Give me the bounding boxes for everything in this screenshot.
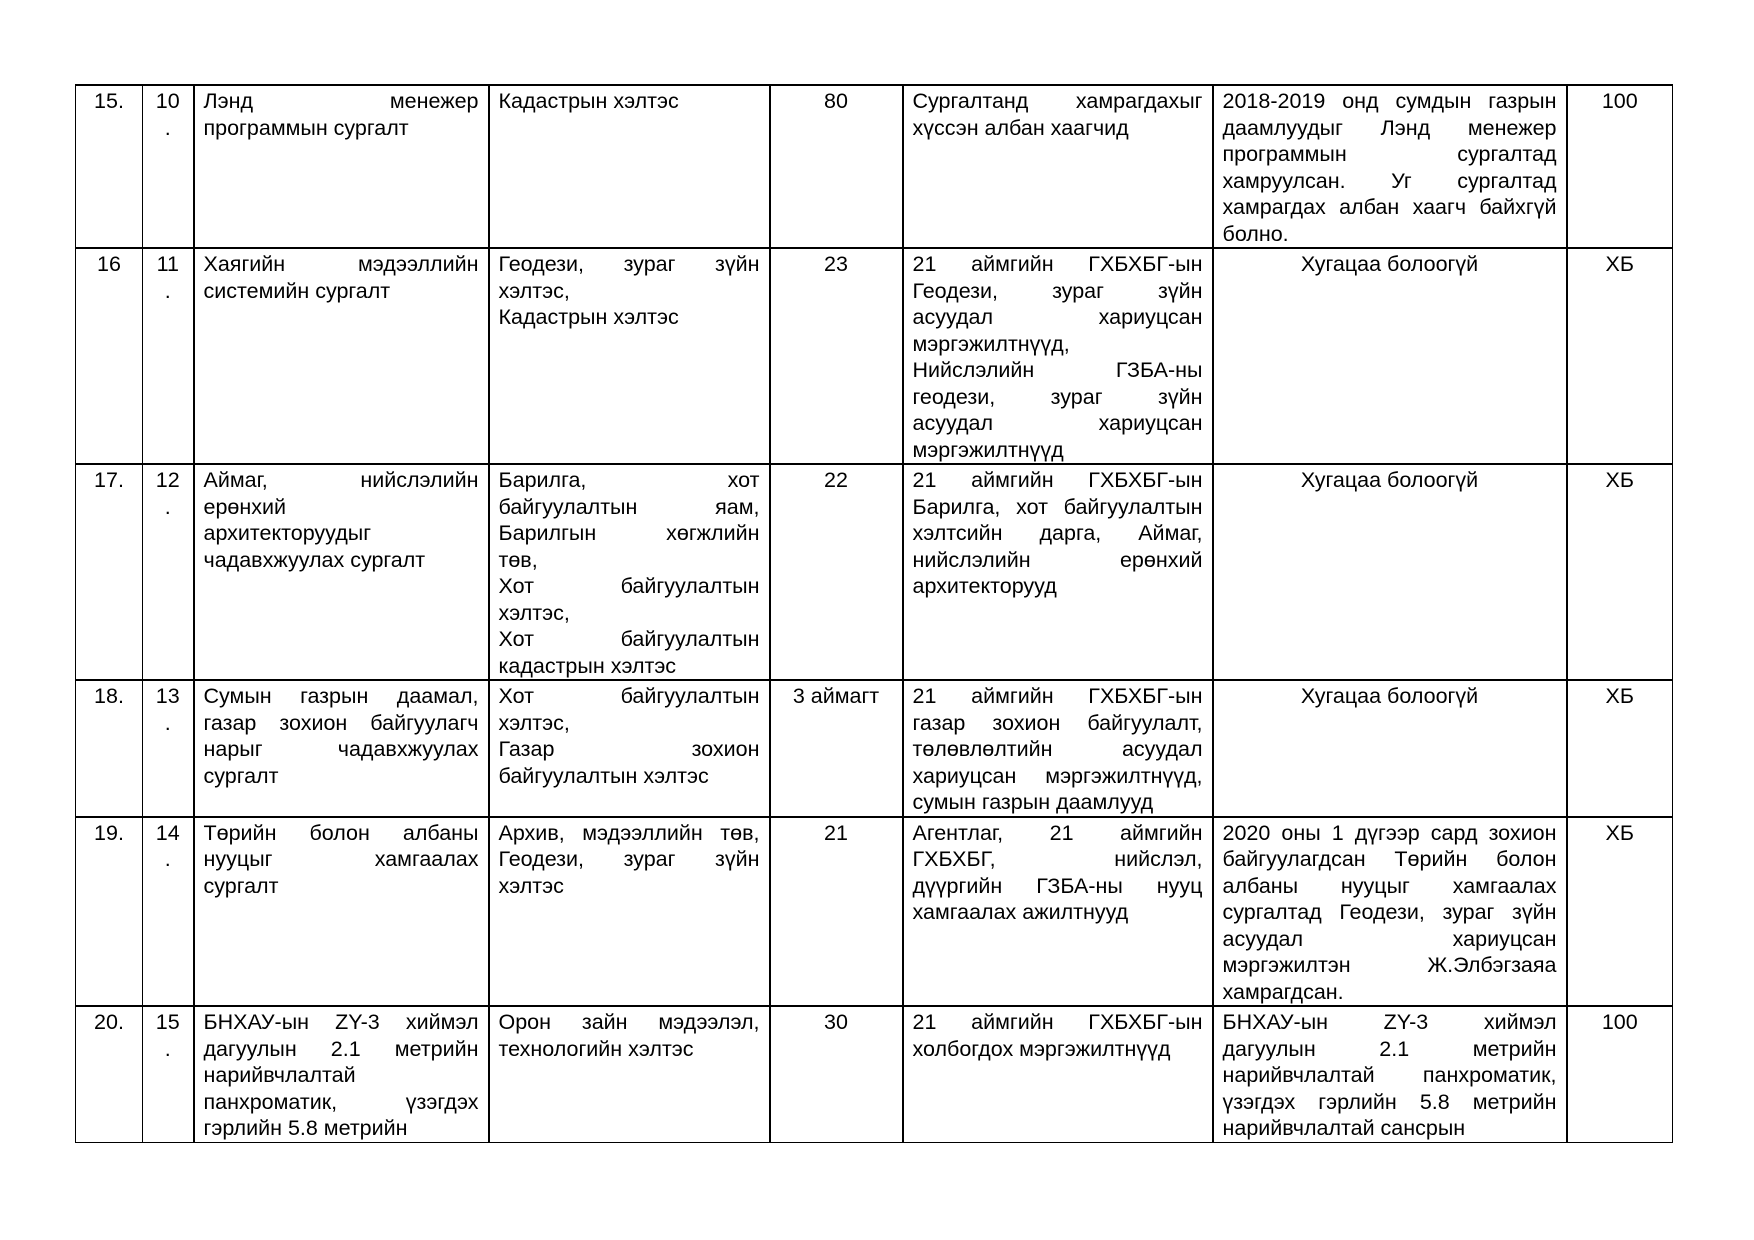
result-cell: Хугацаа болоогүй: [1213, 464, 1567, 680]
text-line: сургалт: [204, 873, 479, 900]
text-line: Хот байгуулалтын: [499, 683, 760, 710]
text-line: гэрлийн 5.8 метрийн: [204, 1115, 479, 1142]
target-audience-cell: Агентлаг, 21 аймгийнГХБХБГ, нийслэл,дүүр…: [903, 817, 1213, 1007]
sub-number-cell: 12.: [143, 464, 194, 680]
text-line: сургалтад Геодези, зураг зүйн: [1223, 899, 1557, 926]
text-line: хэлтэс: [499, 873, 760, 900]
text-line: 21 аймгийн ГХБХБГ-ын: [913, 683, 1203, 710]
text-line: Аймаг, нийслэлийн: [204, 467, 479, 494]
department-cell: Орон зайн мэдээлэл,технологийн хэлтэс: [489, 1006, 770, 1142]
department-cell: Хот байгуулалтынхэлтэс,Газар зохионбайгу…: [489, 680, 770, 817]
document-page: 15.10.Лэнд менежерпрограммын сургалтКада…: [0, 0, 1754, 1240]
sub-number: 14: [152, 820, 184, 847]
table-row: 1611.Хаягийн мэдээллийнсистемийн сургалт…: [76, 248, 1673, 464]
text-line: болно.: [1223, 221, 1557, 248]
text-line: 2018-2019 онд сумдын газрын: [1223, 88, 1557, 115]
text-line: Геодези, зураг зүйн: [499, 251, 760, 278]
text-line: Архив, мэдээллийн төв,: [499, 820, 760, 847]
text-line: асуудал хариуцсан: [1223, 926, 1557, 953]
text-line: нууцыг хамгаалах: [204, 846, 479, 873]
result-cell: 2018-2019 онд сумдын газрындаамлуудыг Лэ…: [1213, 85, 1567, 248]
text-line: хэлтсийн дарга, Аймаг,: [913, 520, 1203, 547]
text-line: байгуулалтын яам,: [499, 494, 760, 521]
text-line: үзэгдэх гэрлийн 5.8 метрийн: [1223, 1089, 1557, 1116]
text-line: Орон зайн мэдээлэл,: [499, 1009, 760, 1036]
text-line: мэргэжилтнүүд,: [913, 331, 1203, 358]
result-cell: Хугацаа болоогүй: [1213, 680, 1567, 817]
text-line: байгуулагдсан Төрийн болон: [1223, 846, 1557, 873]
target-audience-cell: 21 аймгийн ГХБХБГ-ынГеодези, зураг зүйна…: [903, 248, 1213, 464]
text-line: программын сургалтад: [1223, 141, 1557, 168]
text-line: Газар зохион: [499, 736, 760, 763]
row-number-cell: 17.: [76, 464, 143, 680]
training-report-table: 15.10.Лэнд менежерпрограммын сургалтКада…: [75, 84, 1673, 1143]
text-line: сургалт: [204, 763, 479, 790]
text-line: Сургалтанд хамрагдахыг: [913, 88, 1203, 115]
text-line: Барилга, хот: [499, 467, 760, 494]
text-line: хамгаалах ажилтнууд: [913, 899, 1203, 926]
training-name-cell: БНХАУ-ын ZY-3 хиймэлдагуулын 2.1 метрийн…: [194, 1006, 489, 1142]
row-number-cell: 20.: [76, 1006, 143, 1142]
target-audience-cell: 21 аймгийн ГХБХБГ-ынхолбогдох мэргэжилтн…: [903, 1006, 1213, 1142]
text-line: Барилга, хот байгуулалтын: [913, 494, 1203, 521]
completion-percent-cell: ХБ: [1567, 680, 1673, 817]
department-cell: Геодези, зураг зүйнхэлтэс,Кадастрын хэлт…: [489, 248, 770, 464]
text-line: Нийслэлийн ГЗБА-ны: [913, 357, 1203, 384]
text-line: системийн сургалт: [204, 278, 479, 305]
text-line: геодези, зураг зүйн: [913, 384, 1203, 411]
text-line: дүүргийн ГЗБА-ны нууц: [913, 873, 1203, 900]
sub-number-dot: .: [152, 115, 184, 142]
table-row: 20.15.БНХАУ-ын ZY-3 хиймэлдагуулын 2.1 м…: [76, 1006, 1673, 1142]
result-cell: 2020 оны 1 дүгээр сард зохионбайгуулагдс…: [1213, 817, 1567, 1007]
department-cell: Кадастрын хэлтэс: [489, 85, 770, 248]
completion-percent-cell: ХБ: [1567, 464, 1673, 680]
training-name-cell: Лэнд менежерпрограммын сургалт: [194, 85, 489, 248]
sub-number-dot: .: [152, 710, 184, 737]
sub-number: 15: [152, 1009, 184, 1036]
target-audience-cell: 21 аймгийн ГХБХБГ-ынгазар зохион байгуул…: [903, 680, 1213, 817]
text-line: холбогдох мэргэжилтнүүд: [913, 1036, 1203, 1063]
text-line: Кадастрын хэлтэс: [499, 88, 760, 115]
text-line: архитекторуудыг: [204, 520, 479, 547]
training-name-cell: Төрийн болон албанынууцыг хамгаалахсурга…: [194, 817, 489, 1007]
text-line: кадастрын хэлтэс: [499, 653, 760, 680]
text-line: Хаягийн мэдээллийн: [204, 251, 479, 278]
text-line: Геодези, зураг зүйн: [499, 846, 760, 873]
result-cell: Хугацаа болоогүй: [1213, 248, 1567, 464]
text-line: панхроматик, үзэгдэх: [204, 1089, 479, 1116]
sub-number: 10: [152, 88, 184, 115]
text-line: албаны нууцыг хамгаалах: [1223, 873, 1557, 900]
text-line: нийслэлийн ерөнхий: [913, 547, 1203, 574]
text-line: сумын газрын даамлууд: [913, 789, 1203, 816]
text-line: 2020 оны 1 дүгээр сард зохион: [1223, 820, 1557, 847]
participants-cell: 22: [770, 464, 903, 680]
row-number-cell: 19.: [76, 817, 143, 1007]
text-line: төв,: [499, 547, 760, 574]
text-line: 21 аймгийн ГХБХБГ-ын: [913, 467, 1203, 494]
completion-percent-cell: ХБ: [1567, 817, 1673, 1007]
text-line: газар зохион байгуулагч: [204, 710, 479, 737]
text-line: ерөнхий: [204, 494, 479, 521]
text-line: хамрагдсан.: [1223, 979, 1557, 1006]
table-row: 18.13.Сумын газрын даамал,газар зохион б…: [76, 680, 1673, 817]
sub-number: 11: [152, 251, 184, 278]
sub-number-cell: 10.: [143, 85, 194, 248]
participants-cell: 21: [770, 817, 903, 1007]
text-line: мэргэжилтнүүд: [913, 437, 1203, 464]
text-line: архитекторууд: [913, 573, 1203, 600]
department-cell: Архив, мэдээллийн төв,Геодези, зураг зүй…: [489, 817, 770, 1007]
training-name-cell: Хаягийн мэдээллийнсистемийн сургалт: [194, 248, 489, 464]
text-line: нарийвчлалтай панхроматик,: [1223, 1062, 1557, 1089]
sub-number-dot: .: [152, 846, 184, 873]
text-line: мэргэжилтэн Ж.Элбэгзаяа: [1223, 952, 1557, 979]
text-line: Лэнд менежер: [204, 88, 479, 115]
text-line: хэлтэс,: [499, 600, 760, 627]
target-audience-cell: Сургалтанд хамрагдахыгхүссэн албан хаагч…: [903, 85, 1213, 248]
text-line: ГХБХБГ, нийслэл,: [913, 846, 1203, 873]
text-line: төлөвлөлтийн асуудал: [913, 736, 1203, 763]
participants-cell: 30: [770, 1006, 903, 1142]
text-line: хэлтэс,: [499, 710, 760, 737]
table-row: 15.10.Лэнд менежерпрограммын сургалтКада…: [76, 85, 1673, 248]
sub-number: 12: [152, 467, 184, 494]
text-line: газар зохион байгуулалт,: [913, 710, 1203, 737]
text-line: даамлуудыг Лэнд менежер: [1223, 115, 1557, 142]
sub-number: 13: [152, 683, 184, 710]
sub-number-cell: 15.: [143, 1006, 194, 1142]
sub-number-dot: .: [152, 278, 184, 305]
text-line: асуудал хариуцсан: [913, 410, 1203, 437]
target-audience-cell: 21 аймгийн ГХБХБГ-ынБарилга, хот байгуул…: [903, 464, 1213, 680]
text-line: Барилгын хөгжлийн: [499, 520, 760, 547]
completion-percent-cell: 100: [1567, 1006, 1673, 1142]
participants-cell: 3 аймагт: [770, 680, 903, 817]
text-line: хэлтэс,: [499, 278, 760, 305]
text-line: Төрийн болон албаны: [204, 820, 479, 847]
row-number-cell: 15.: [76, 85, 143, 248]
text-line: хамрагдах албан хаагч байхгүй: [1223, 194, 1557, 221]
table-row: 17.12.Аймаг, нийслэлийнерөнхийархитектор…: [76, 464, 1673, 680]
text-line: Сумын газрын даамал,: [204, 683, 479, 710]
participants-cell: 80: [770, 85, 903, 248]
row-number-cell: 16: [76, 248, 143, 464]
text-line: Кадастрын хэлтэс: [499, 304, 760, 331]
text-line: Хот байгуулалтын: [499, 573, 760, 600]
text-line: 21 аймгийн ГХБХБГ-ын: [913, 1009, 1203, 1036]
text-line: БНХАУ-ын ZY-3 хиймэл: [204, 1009, 479, 1036]
result-cell: БНХАУ-ын ZY-3 хиймэлдагуулын 2.1 метрийн…: [1213, 1006, 1567, 1142]
text-line: нарийвчлалтай сансрын: [1223, 1115, 1557, 1142]
text-line: Геодези, зураг зүйн: [913, 278, 1203, 305]
text-line: асуудал хариуцсан: [913, 304, 1203, 331]
sub-number-cell: 14.: [143, 817, 194, 1007]
text-line: дагуулын 2.1 метрийн: [204, 1036, 479, 1063]
text-line: чадавхжуулах сургалт: [204, 547, 479, 574]
text-line: Агентлаг, 21 аймгийн: [913, 820, 1203, 847]
completion-percent-cell: ХБ: [1567, 248, 1673, 464]
sub-number-cell: 13.: [143, 680, 194, 817]
training-name-cell: Аймаг, нийслэлийнерөнхийархитекторуудыгч…: [194, 464, 489, 680]
text-line: хүссэн албан хаагчид: [913, 115, 1203, 142]
text-line: хамруулсан. Уг сургалтад: [1223, 168, 1557, 195]
row-number-cell: 18.: [76, 680, 143, 817]
text-line: 21 аймгийн ГХБХБГ-ын: [913, 251, 1203, 278]
text-line: дагуулын 2.1 метрийн: [1223, 1036, 1557, 1063]
participants-cell: 23: [770, 248, 903, 464]
text-line: байгуулалтын хэлтэс: [499, 763, 760, 790]
department-cell: Барилга, хотбайгуулалтын яам,Барилгын хө…: [489, 464, 770, 680]
text-line: технологийн хэлтэс: [499, 1036, 760, 1063]
sub-number-dot: .: [152, 1036, 184, 1063]
text-line: Хот байгуулалтын: [499, 626, 760, 653]
table-row: 19.14.Төрийн болон албанынууцыг хамгаала…: [76, 817, 1673, 1007]
training-name-cell: Сумын газрын даамал,газар зохион байгуул…: [194, 680, 489, 817]
completion-percent-cell: 100: [1567, 85, 1673, 248]
text-line: хариуцсан мэргэжилтнүүд,: [913, 763, 1203, 790]
text-line: БНХАУ-ын ZY-3 хиймэл: [1223, 1009, 1557, 1036]
text-line: нарийвчлалтай: [204, 1062, 479, 1089]
text-line: нарыг чадавхжуулах: [204, 736, 479, 763]
text-line: программын сургалт: [204, 115, 479, 142]
sub-number-dot: .: [152, 494, 184, 521]
sub-number-cell: 11.: [143, 248, 194, 464]
